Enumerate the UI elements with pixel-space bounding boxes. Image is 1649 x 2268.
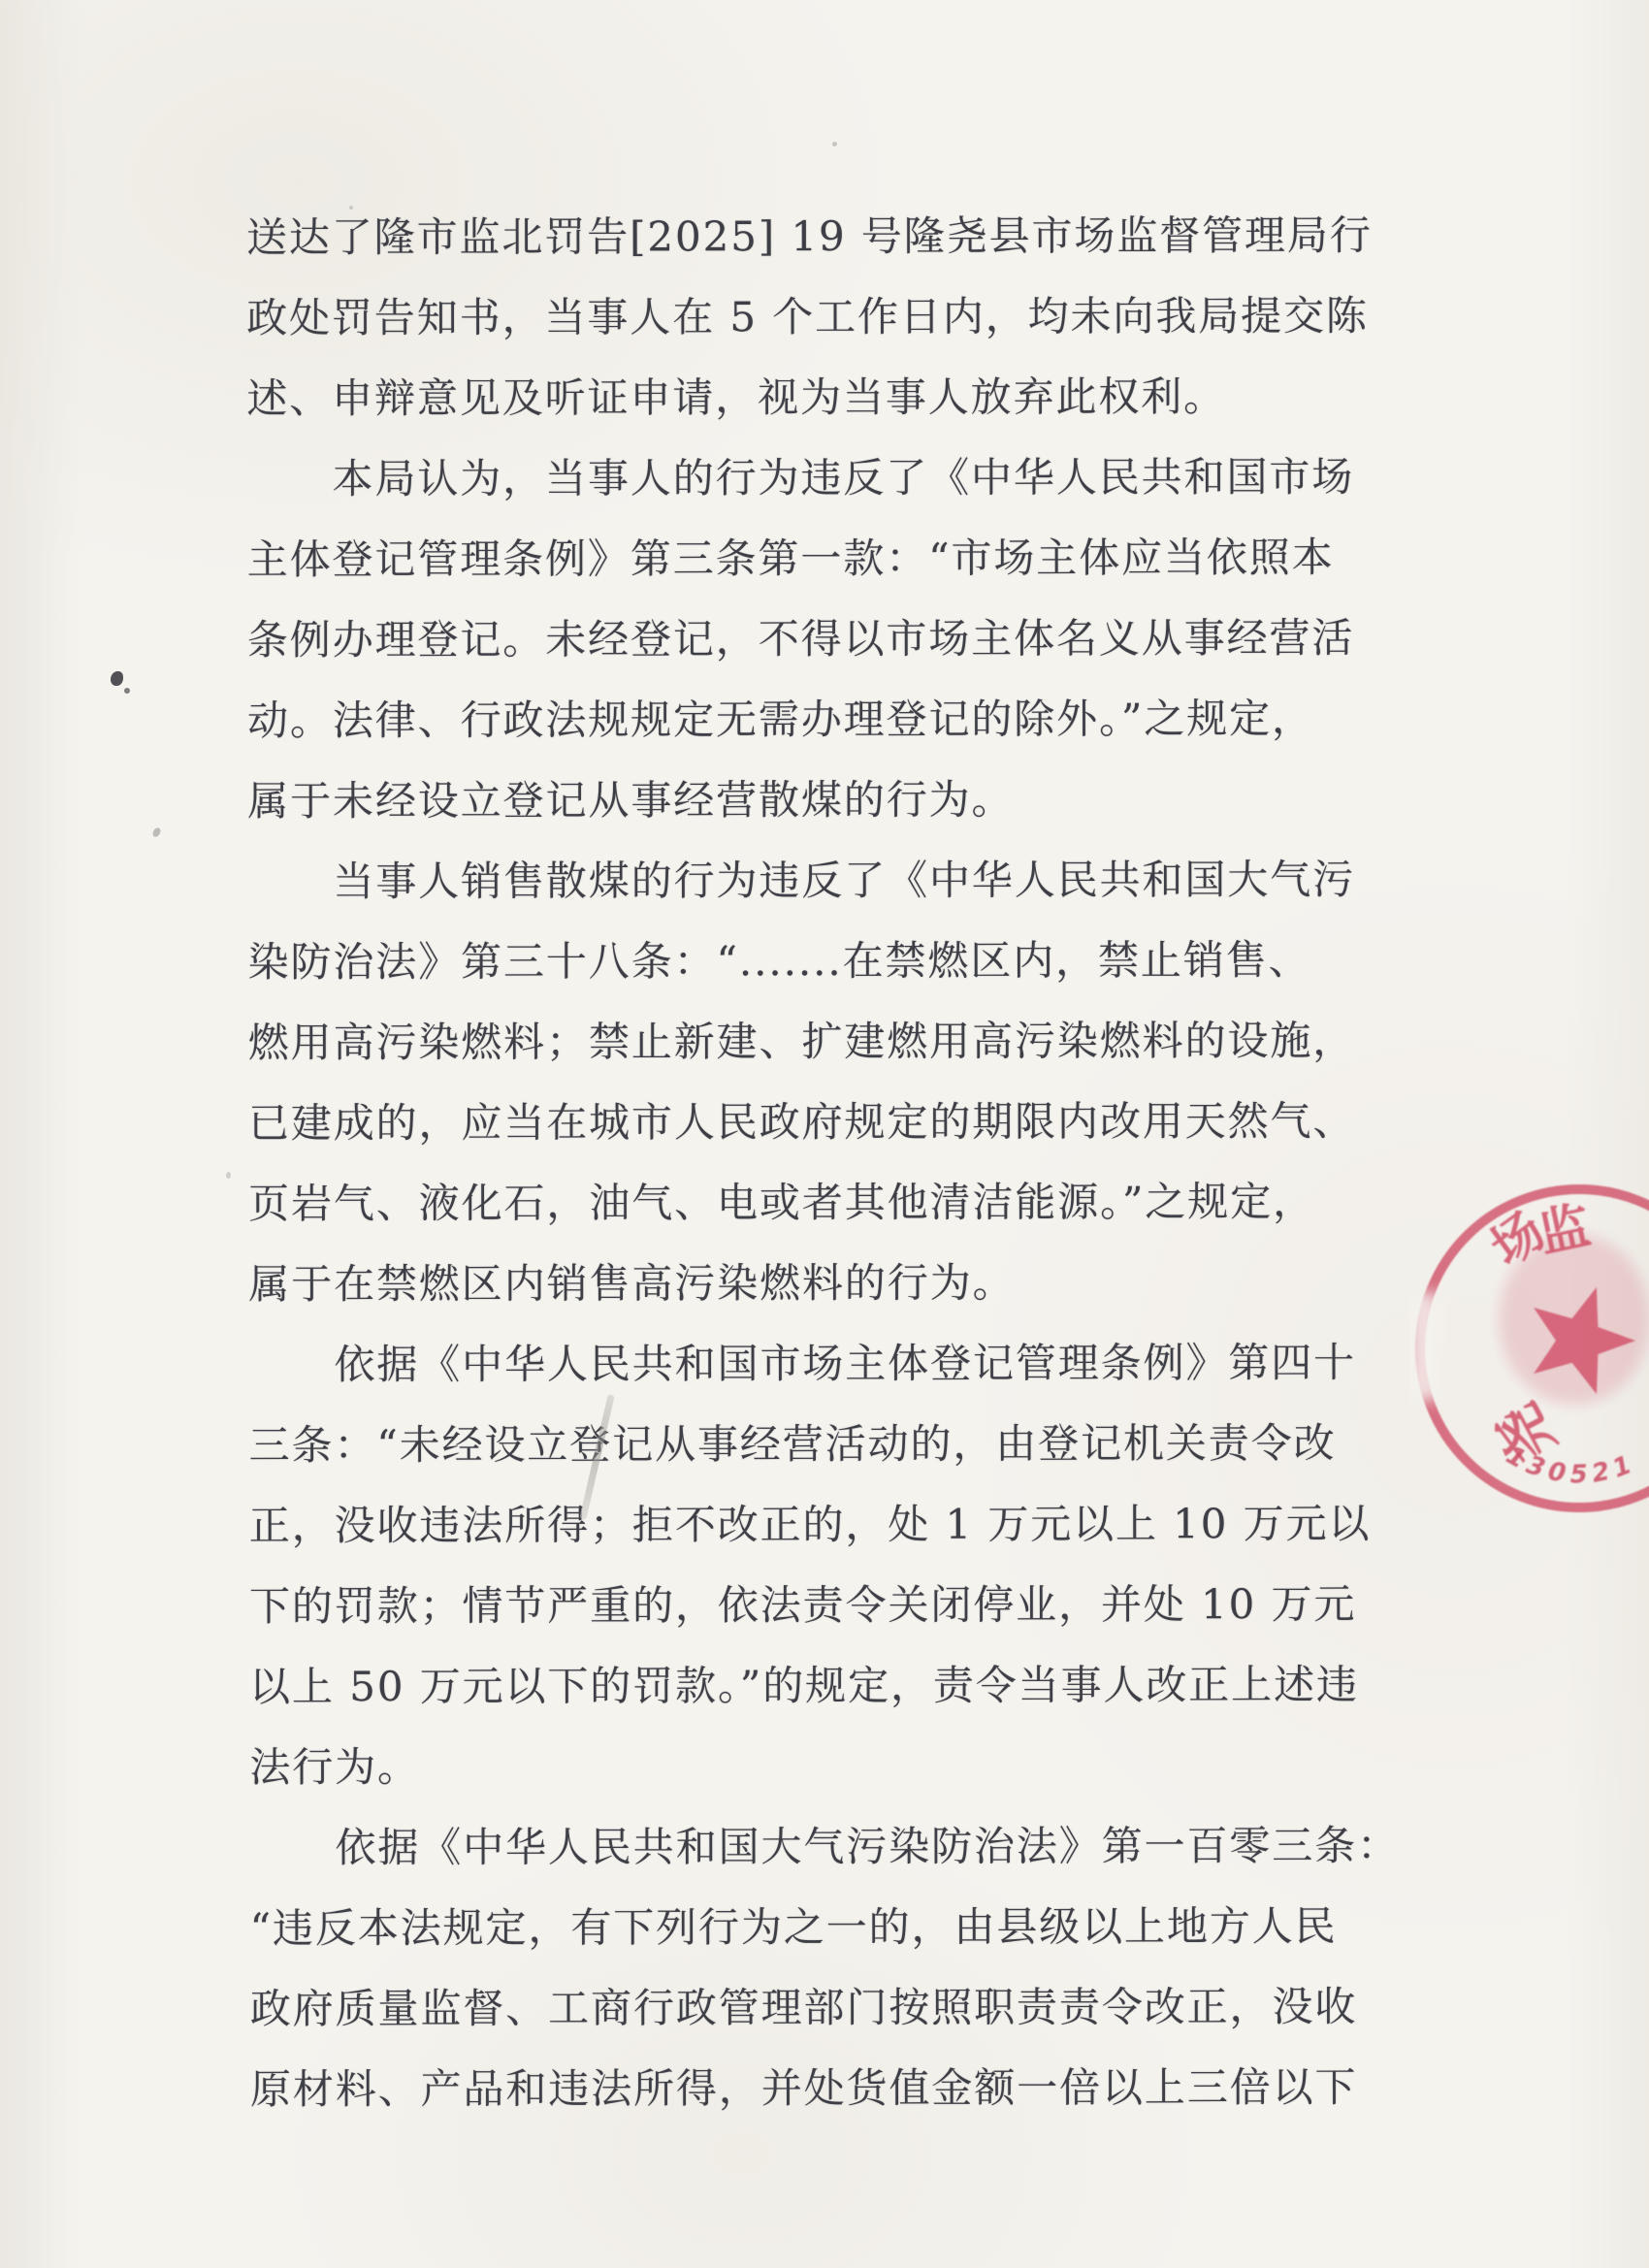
- seal-serial-number: 130521: [1501, 1441, 1640, 1489]
- document-line: 送达了隆市监北罚告[2025] 19 号隆尧县市场监督管理局行: [246, 195, 1439, 278]
- document-text: 送达了隆市监北罚告[2025] 19 号隆尧县市场监督管理局行 政处罚告知书，当…: [246, 195, 1443, 2130]
- document-line: 主体登记管理条例》第三条第一款：“市场主体应当依照本: [247, 517, 1440, 600]
- document-line: 原材料、产品和违法所得，并处货值金额一倍以上三倍以下: [250, 2047, 1443, 2130]
- document-line: 条例办理登记。未经登记，不得以市场主体名义从事经营活: [247, 598, 1440, 681]
- document-line: 下的罚款；情节严重的，依法责令关闭停业，并处 10 万元: [249, 1564, 1442, 1647]
- official-seal-stamp: 场 监 尧 130521: [1409, 1174, 1649, 1523]
- document-line: 三条：“未经设立登记从事经营活动的，由登记机关责令改: [249, 1403, 1442, 1486]
- ink-speck: [111, 671, 123, 686]
- document-line: 政处罚告知书，当事人在 5 个工作日内，均未向我局提交陈: [246, 275, 1439, 359]
- document-line: 依据《中华人民共和国市场主体登记管理条例》第四十: [248, 1322, 1441, 1406]
- ink-speck: [124, 688, 130, 694]
- document-line: 本局认为，当事人的行为违反了《中华人民共和国市场: [246, 437, 1439, 520]
- document-line: 动。法律、行政法规规定无需办理登记的除外。”之规定，: [247, 678, 1440, 761]
- ink-speck: [832, 142, 837, 146]
- document-line: “违反本法规定，有下列行为之一的，由县级以上地方人民: [250, 1886, 1443, 1969]
- document-line: 燃用高污染燃料；禁止新建、扩建燃用高污染燃料的设施，: [248, 1000, 1441, 1084]
- document-line: 当事人销售散煤的行为违反了《中华人民共和国大气污: [247, 839, 1440, 923]
- ink-speck: [151, 826, 162, 838]
- document-line: 法行为。: [249, 1725, 1442, 1808]
- seal-char-upper-2: 监: [1534, 1196, 1596, 1264]
- document-line: 属于未经设立登记从事经营散煤的行为。: [247, 759, 1440, 842]
- document-line: 属于在禁燃区内销售高污染燃料的行为。: [248, 1242, 1441, 1325]
- ink-speck: [226, 1172, 231, 1179]
- document-line: 述、申辩意见及听证申请，视为当事人放弃此权利。: [246, 356, 1439, 439]
- document-line: 以上 50 万元以下的罚款。”的规定，责令当事人改正上述违: [249, 1644, 1442, 1728]
- document-line: 已建成的，应当在城市人民政府规定的期限内改用天然气、: [248, 1081, 1441, 1164]
- document-line: 政府质量监督、工商行政管理部门按照职责责令改正，没收: [250, 1966, 1443, 2050]
- document-line: 依据《中华人民共和国大气污染防治法》第一百零三条：: [249, 1805, 1442, 1889]
- document-line: 页岩气、液化石，油气、电或者其他清洁能源。”之规定，: [248, 1161, 1441, 1245]
- document-line: 正，没收违法所得；拒不改正的，处 1 万元以上 10 万元以: [249, 1483, 1442, 1567]
- document-line: 染防治法》第三十八条：“.......在禁燃区内，禁止销售、: [247, 920, 1440, 1003]
- scanned-document-page: 送达了隆市监北罚告[2025] 19 号隆尧县市场监督管理局行 政处罚告知书，当…: [0, 0, 1649, 2268]
